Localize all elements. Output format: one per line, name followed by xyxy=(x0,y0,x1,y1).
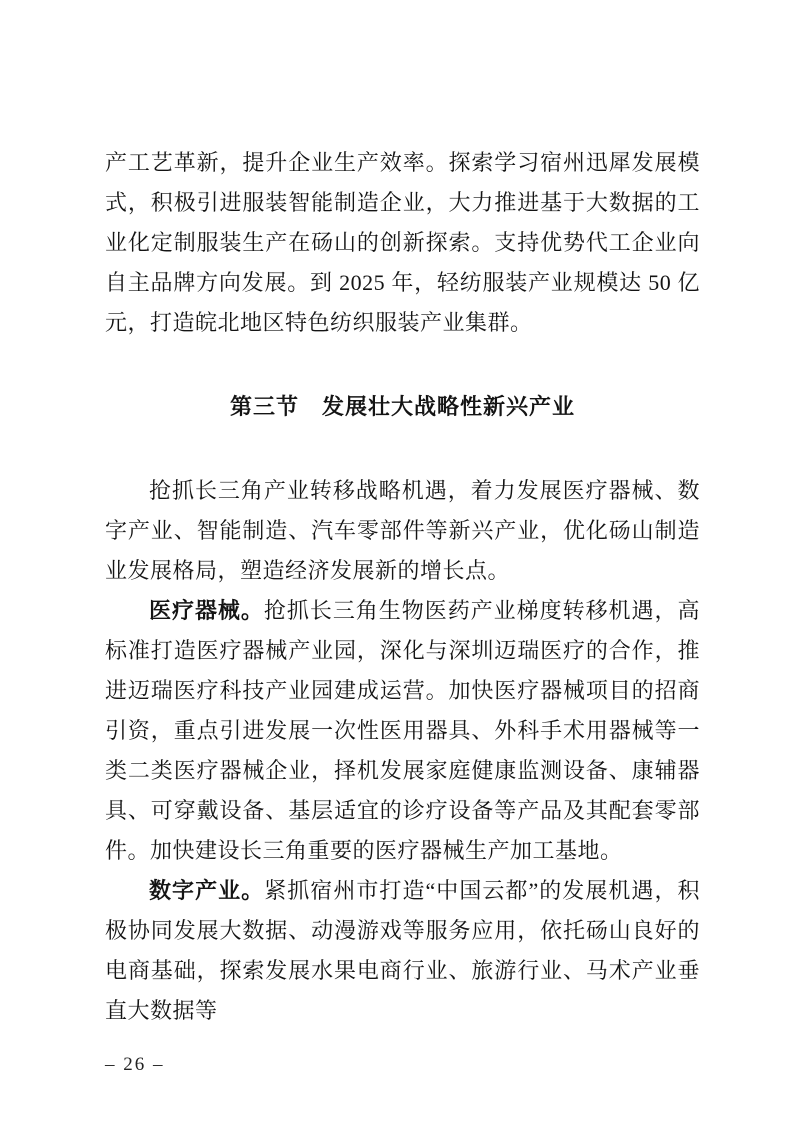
paragraph-intro: 抢抓长三角产业转移战略机遇，着力发展医疗器械、数字产业、智能制造、汽车零部件等新… xyxy=(105,471,700,591)
paragraph-lead-digital-industry: 数字产业。 xyxy=(149,878,264,903)
paragraph-text-medical-devices: 抢抓长三角生物医药产业梯度转移机遇，高标准打造医疗器械产业园，深化与深圳迈瑞医疗… xyxy=(105,598,700,863)
paragraph-lead-medical-devices: 医疗器械。 xyxy=(149,598,264,623)
page-number: – 26 – xyxy=(105,1053,700,1077)
paragraph-digital-industry: 数字产业。紧抓宿州市打造“中国云都”的发展机遇，积极协同发展大数据、动漫游戏等服… xyxy=(105,871,700,1031)
document-page: 产工艺革新，提升企业生产效率。探索学习宿州迅犀发展模式，积极引进服装智能制造企业… xyxy=(0,0,793,1122)
paragraph-continuation: 产工艺革新，提升企业生产效率。探索学习宿州迅犀发展模式，积极引进服装智能制造企业… xyxy=(105,143,700,343)
paragraph-medical-devices: 医疗器械。抢抓长三角生物医药产业梯度转移机遇，高标准打造医疗器械产业园，深化与深… xyxy=(105,591,700,871)
section-heading: 第三节 发展壮大战略性新兴产业 xyxy=(105,387,700,427)
